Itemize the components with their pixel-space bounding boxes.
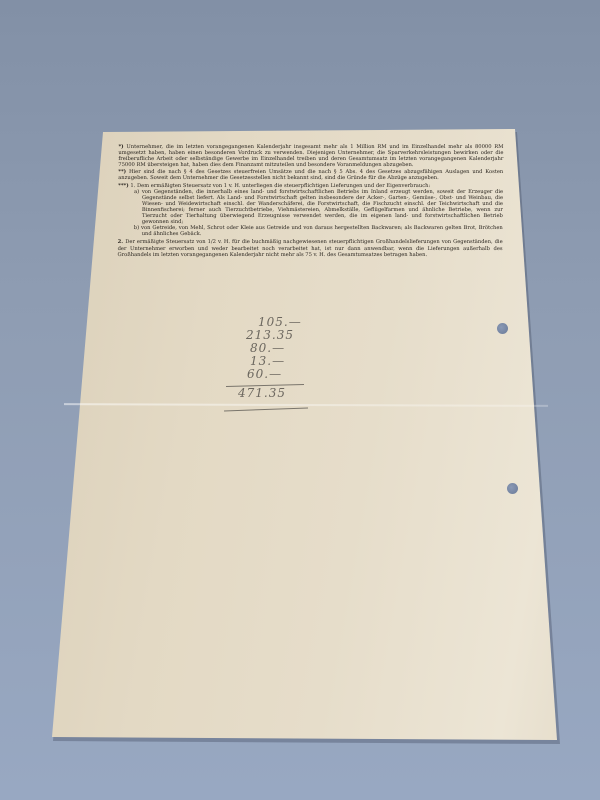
footnote-text: Hier sind die nach § 4 des Gesetzes steu… xyxy=(118,169,503,181)
printed-footnotes: *) Unternehmer, die im letzten vorangega… xyxy=(117,144,503,259)
punch-hole-bottom xyxy=(507,483,518,494)
footnote-mark: 2. xyxy=(118,239,123,245)
sum-entry: 60.— xyxy=(247,368,302,381)
item-label: a) xyxy=(134,189,139,195)
handwritten-sum: 105.— 213.35 80.— 13.— 60.— 471.35 xyxy=(220,316,302,400)
footnote-text: 1. Dem ermäßigten Steuersatz von 1 v. H.… xyxy=(130,183,430,189)
footnote-1: *) Unternehmer, die im letzten vorangega… xyxy=(118,144,503,168)
footnote-mark: ***) xyxy=(118,183,129,189)
punch-hole-top xyxy=(497,323,508,334)
paper-sheet xyxy=(0,0,600,800)
item-text: von Gegenständen, die innerhalb eines la… xyxy=(142,189,503,225)
footnote-3: ***) 1. Dem ermäßigten Steuersatz von 1 … xyxy=(118,183,503,238)
footnote-text: Unternehmer, die im letzten vorangegange… xyxy=(118,144,503,168)
footnote-4: 2. Der ermäßigte Steuersatz von 1/2 v. H… xyxy=(118,239,503,257)
footnote-2: **) Hier sind die nach § 4 des Gesetzes … xyxy=(118,169,503,181)
footnote-text: Der ermäßigte Steuersatz von 1/2 v. H. f… xyxy=(118,239,503,257)
footnote-item-a: a) von Gegenständen, die innerhalb eines… xyxy=(118,189,503,226)
item-text: von Getreide, von Mehl, Schrot oder Klei… xyxy=(141,225,503,237)
sum-total: 471.35 xyxy=(238,387,302,400)
footnote-item-b: b) von Getreide, von Mehl, Schrot oder K… xyxy=(118,225,503,237)
footnote-mark: *) xyxy=(118,144,123,150)
item-label: b) xyxy=(134,225,139,231)
footnote-mark: **) xyxy=(118,169,126,175)
